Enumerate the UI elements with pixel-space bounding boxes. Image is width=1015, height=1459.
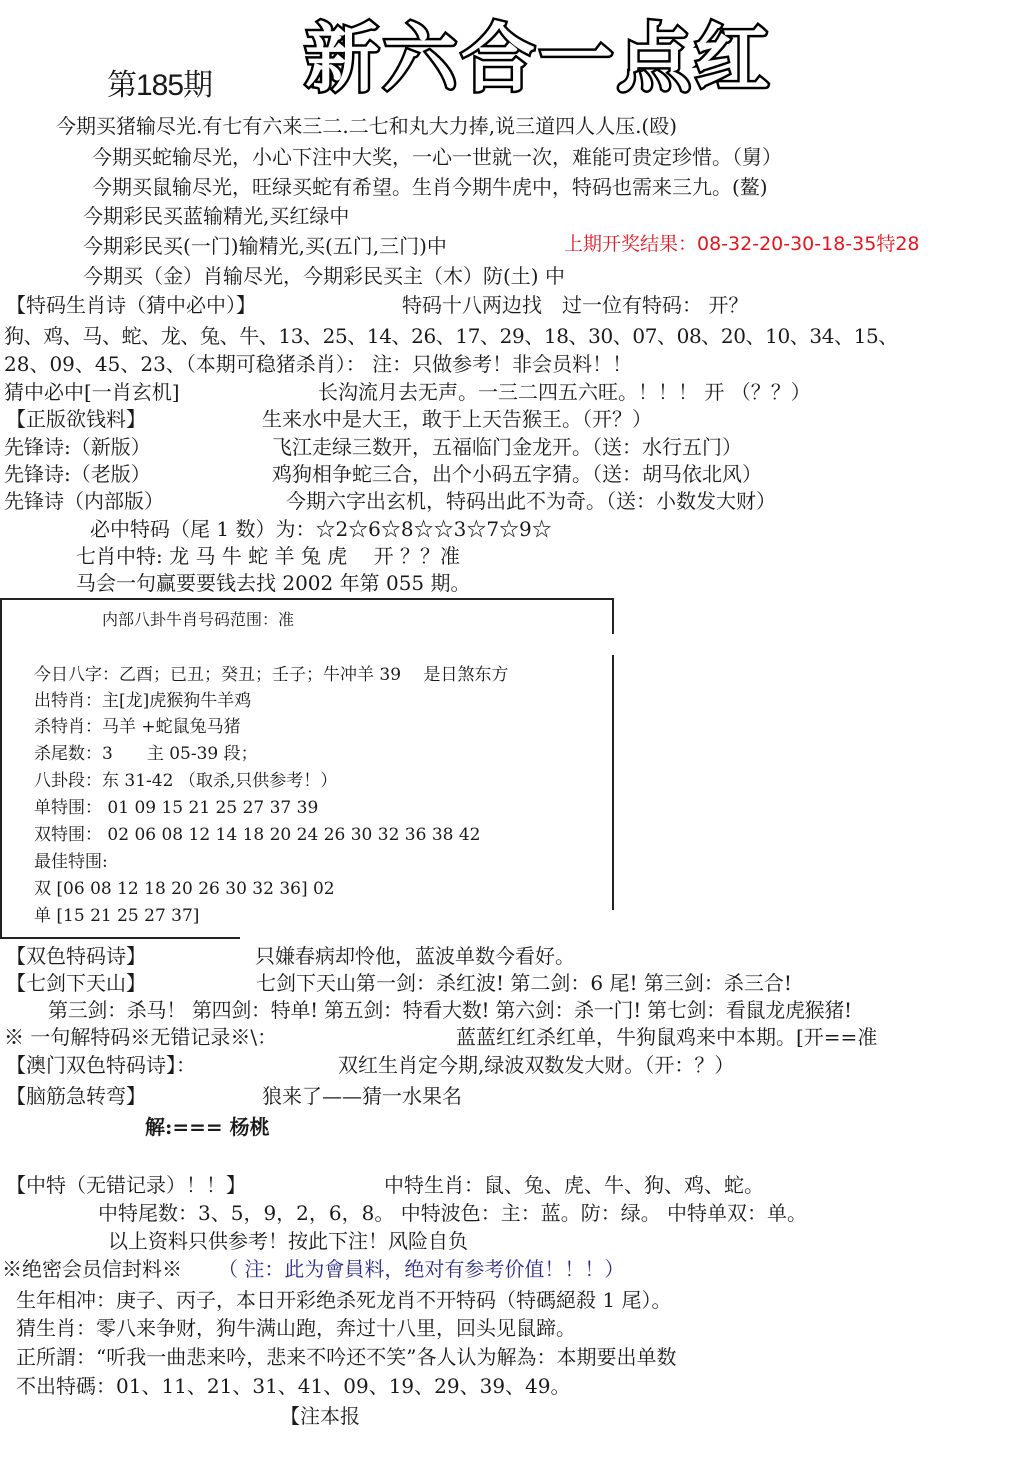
bagua-row: 单特围： 01 09 15 21 25 27 37 39 xyxy=(34,797,318,819)
intro-line: 今期彩民买蓝输精光,买红绿中 xyxy=(83,203,349,229)
pioneer-text: 飞江走绿三数开，五福临门金龙开。（送：水行五门） xyxy=(272,434,742,460)
bagua-row: 单 [15 21 25 27 37] xyxy=(34,905,199,927)
macau-text: 双红生肖定今期,绿波双数发大财。（开：？） xyxy=(338,1052,734,1078)
zodiac-poem-numbers: 狗、鸡、马、蛇、龙、兔、牛、13、25、14、26、17、29、18、30、07… xyxy=(4,323,898,349)
member-line: 猜生肖：零八来争财，狗牛满山跑，奔过十八里，回头见鼠蹄。 xyxy=(16,1315,576,1341)
disclaimer: 以上资料只供参考！按此下注！风险自负 xyxy=(108,1228,468,1254)
intro-line: 今期买（金）肖输尽光，今期彩民买主（木）防(土) 中 xyxy=(83,263,565,289)
box-border-left xyxy=(0,598,2,938)
intro-line: 今期买鼠输尽光，旺绿买蛇有希望。生肖今期牛虎中，特码也需来三九。(鳌) xyxy=(92,174,768,200)
member-label: ※绝密会员信封料※ xyxy=(2,1256,182,1282)
bagua-row: 杀特肖：马羊 +蛇鼠兔马猪 xyxy=(34,716,241,738)
pioneer-label: 先锋诗:（老版） xyxy=(4,461,151,487)
bagua-row: 双特围： 02 06 08 12 14 18 20 24 26 30 32 36… xyxy=(34,824,481,846)
bagua-heading: 内部八卦牛肖号码范围：准 xyxy=(102,609,294,631)
issue-number: 第185期 xyxy=(107,60,212,104)
box-border-right xyxy=(612,598,614,634)
macau-label: 【澳门双色特码诗】： xyxy=(6,1052,196,1078)
riddle-answer: 解:=== 杨桃 xyxy=(145,1114,270,1140)
seven-swords-line1: 七剑下天山第一剑：杀红波! 第二剑：6 尾! 第三剑：杀三合! xyxy=(256,970,792,996)
intro-line: 今期买猪输尽光.有七有六来三二.二七和丸大力捧,说三道四人人压.(殴) xyxy=(56,113,677,139)
seven-swords-line2: 第三剑：杀马！ 第四剑：特单! 第五剑：特看大数! 第六剑：杀一门! 第七剑：看… xyxy=(48,997,852,1023)
one-zodiac-label: 猜中必中[一肖玄机] xyxy=(4,379,180,405)
member-line: 不出特碼：01、11、21、31、41、09、19、29、39、49。 xyxy=(16,1373,571,1399)
pioneer-label: 先锋诗（内部版） xyxy=(4,488,164,514)
riddle-label: 【脑筋急转弯】 xyxy=(6,1083,146,1109)
riddle-question: 狼来了——猜一水果名 xyxy=(262,1083,462,1109)
page-title: 新六合一点红 xyxy=(305,14,773,104)
pioneer-text: 今期六字出玄机，特码出此不为奇。（送：小数发大财） xyxy=(286,488,776,514)
zodiac-poem-label: 【特码生肖诗（猜中必中）】 xyxy=(6,292,256,318)
seven-zodiac: 七肖中特: 龙 马 牛 蛇 羊 兔 虎 开 ？？准 xyxy=(76,543,460,569)
member-note: （ 注：此为會員料，绝对有参考价值！！！） xyxy=(218,1256,624,1282)
bagua-row: 杀尾数：3 主 05-39 段； xyxy=(34,743,258,765)
box-border-bottom xyxy=(0,937,240,939)
zodiac-poem-text: 特码十八两边找 过一位有特码： 开？ xyxy=(402,292,748,318)
genuine-label: 【正版欲钱料】 xyxy=(6,406,146,432)
box-border-right xyxy=(612,655,614,910)
zodiac-poem-note: 28、09、45、23、（本期可稳猪杀肖）： 注：只做参考！非会员料！！ xyxy=(4,351,632,377)
member-line: 正所謂：“听我一曲悲来吟，悲来不吟还不笑”各人认为解為：本期要出单数 xyxy=(16,1344,676,1370)
last-result: 上期开奖结果：08-32-20-30-18-35特28 xyxy=(564,229,920,256)
one-sentence-text: 蓝蓝红红杀红单，牛狗鼠鸡来中本期。[开==准 xyxy=(456,1024,877,1050)
bagua-row: 最佳特围: xyxy=(34,851,108,873)
horse-club: 马会一句赢要要钱去找 2002 年第 055 期。 xyxy=(76,570,471,596)
hit-special-label: 【中特（无错记录）！！】 xyxy=(6,1172,246,1198)
pioneer-label: 先锋诗:（新版） xyxy=(4,434,151,460)
hit-special-zodiac: 中特生肖：鼠、兔、虎、牛、狗、鸡、蛇。 xyxy=(384,1172,764,1198)
seven-swords-label: 【七剑下天山】 xyxy=(6,970,146,996)
intro-line: 今期彩民买(一门)输精光,买(五门,三门)中 xyxy=(83,233,447,259)
bagua-row: 出特肖：主[龙]虎猴狗牛羊鸡 xyxy=(34,690,251,712)
bagua-row: 八卦段：东 31-42 （取杀,只供参考！） xyxy=(34,770,337,792)
box-border-top xyxy=(0,598,612,600)
pioneer-text: 鸡狗相争蛇三合，出个小码五字猜。（送：胡马依北风） xyxy=(272,461,762,487)
bagua-row: 双 [06 08 12 18 20 26 30 32 36] 02 xyxy=(34,878,335,900)
two-color-text: 只嫌春病却怜他，蓝波单数今看好。 xyxy=(255,943,575,969)
member-line: 生年相冲：庚子、丙子，本日开彩绝杀死龙肖不开特码（特碼絕殺 1 尾）。 xyxy=(16,1287,671,1313)
member-footer: 【注本报 xyxy=(280,1403,360,1429)
two-color-label: 【双色特码诗】 xyxy=(6,943,146,969)
bagua-row: 今日八字：乙酉；已丑；癸丑；壬子；牛冲羊 39 是日煞东方 xyxy=(34,664,508,686)
must-tail: 必中特码（尾 1 数）为：☆2☆6☆8☆☆3☆7☆9☆ xyxy=(90,516,552,542)
genuine-text: 生来水中是大王，敢于上天告猴王。（开？） xyxy=(262,406,652,432)
hit-special-tails: 中特尾数：3、5，9，2，6，8。 中特波色：主：蓝。防：绿。 中特单双：单。 xyxy=(98,1200,807,1226)
intro-line: 今期买蛇输尽光，小心下注中大奖，一心一世就一次，难能可贵定珍惜。（舅） xyxy=(92,144,782,170)
one-zodiac-text: 长沟流月去无声。一三二四五六旺。！！！ 开 （？？） xyxy=(318,379,811,405)
one-sentence-label: ※ 一句解特码※无错记录※\： xyxy=(4,1024,277,1050)
